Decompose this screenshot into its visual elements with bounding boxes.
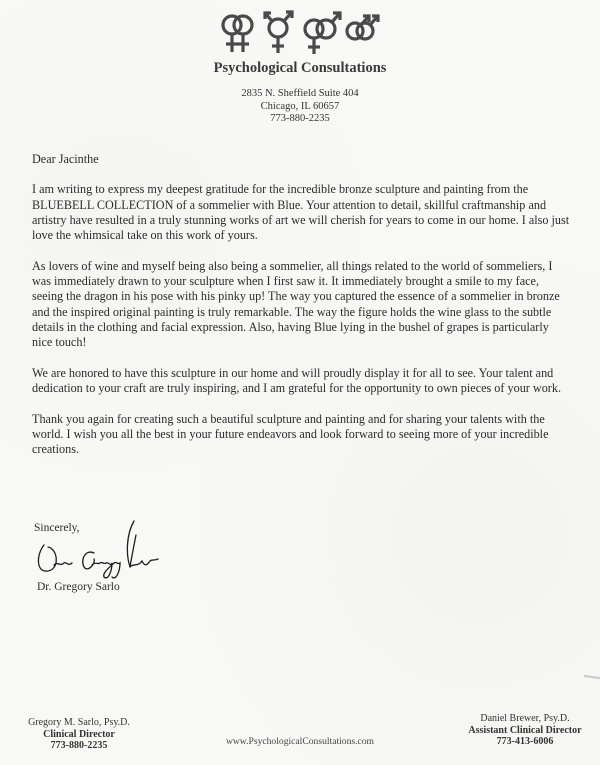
male-male-icon [347,16,378,39]
scan-mark [584,675,600,679]
female-female-icon [223,16,252,52]
organization-name: Psychological Consultations [0,60,600,77]
footer-clinical-director: Gregory M. Sarlo, Psy.D. Clinical Direct… [14,717,144,752]
paragraph: We are honored to have this sculpture in… [32,366,572,397]
footer-left-role: Clinical Director [14,729,144,741]
footer-left-phone: 773-880-2235 [14,740,144,752]
footer-right-role: Assistant Clinical Director [455,725,595,737]
paragraph: As lovers of wine and myself being also … [32,259,572,351]
letter-page: Psychological Consultations 2835 N. Shef… [0,0,600,765]
address-street: 2835 N. Sheffield Suite 404 [0,88,600,101]
footer-assistant-director: Daniel Brewer, Psy.D. Assistant Clinical… [455,713,595,748]
letterhead-address: 2835 N. Sheffield Suite 404 Chicago, IL … [0,88,600,126]
letterhead-logo [0,8,600,60]
address-phone: 773-880-2235 [0,113,600,126]
footer-left-name: Gregory M. Sarlo, Psy.D. [14,717,144,729]
transgender-icon [265,12,292,53]
address-city: Chicago, IL 60657 [0,101,600,114]
paragraph: Thank you again for creating such a beau… [32,412,572,458]
footer-right-phone: 773-413-6006 [455,736,595,748]
gender-symbols-icon [220,8,380,60]
footer-right-name: Daniel Brewer, Psy.D. [455,713,595,725]
signer-name: Dr. Gregory Sarlo [37,581,120,593]
female-male-icon [305,13,340,54]
paragraph: I am writing to express my deepest grati… [32,182,572,243]
footer-website: www.PsychologicalConsultations.com [185,736,415,747]
letter-body: Dear Jacinthe I am writing to express my… [32,152,572,473]
signature-icon [34,515,164,585]
salutation: Dear Jacinthe [32,152,572,167]
handwritten-signature [34,515,164,590]
